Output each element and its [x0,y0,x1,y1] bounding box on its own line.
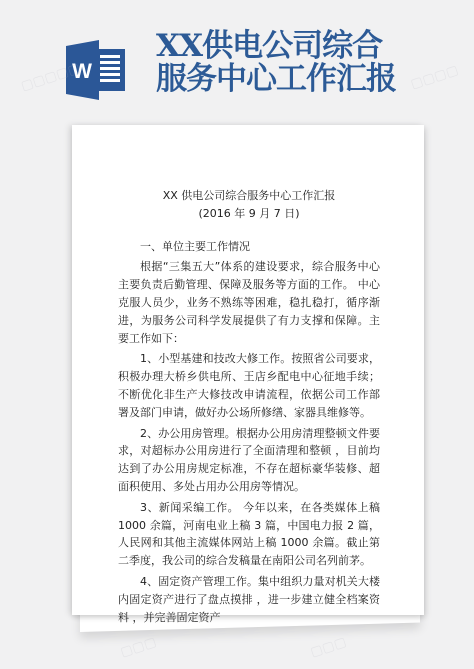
watermark: ▢▢▢ [309,635,349,661]
paragraph-item-1: 1、小型基建和技改大修工作。按照省公司要求，积极办理大桥乡供电所、王店乡配电中心… [118,350,380,421]
document-body: XX 供电公司综合服务中心工作汇报 (2016 年 9 月 7 日) 一、单位主… [118,187,380,629]
paragraph-intro: 根据“三集五大”体系的建设要求，综合服务中心主要负责后勤管理、保障及服务等方面的… [118,258,380,347]
paragraph-item-4: 4、固定资产管理工作。集中组织力量对机关大楼内固定资产进行了盘点摸排 ，进一步建… [118,573,380,626]
paragraph-item-2: 2、办公用房管理。根据办公用房清理整顿文件要求，对超标办公用房进行了全面清理和整… [118,425,380,496]
hero-title: XX供电公司综合 服务中心工作汇报 [156,30,456,96]
section-heading: 一、单位主要工作情况 [118,238,380,256]
microsoft-word-icon: W [66,40,127,100]
hero-title-line-2: 服务中心工作汇报 [156,63,456,96]
page-canvas: W XX供电公司综合 服务中心工作汇报 XX 供电公司综合服务中心工作汇报 (2… [0,0,474,669]
document-date: (2016 年 9 月 7 日) [118,205,380,223]
svg-text:W: W [72,60,92,83]
hero-title-line-1: XX供电公司综合 [156,30,456,63]
paragraph-item-3: 3、新闻采编工作。 今年以来，在各类媒体上稿 1000 余篇，河南电业上稿 3 … [118,499,380,570]
document-title: XX 供电公司综合服务中心工作汇报 [118,187,380,205]
paper-sheet-front: XX 供电公司综合服务中心工作汇报 (2016 年 9 月 7 日) 一、单位主… [72,125,424,615]
watermark: ▢▢▢ [119,635,159,661]
